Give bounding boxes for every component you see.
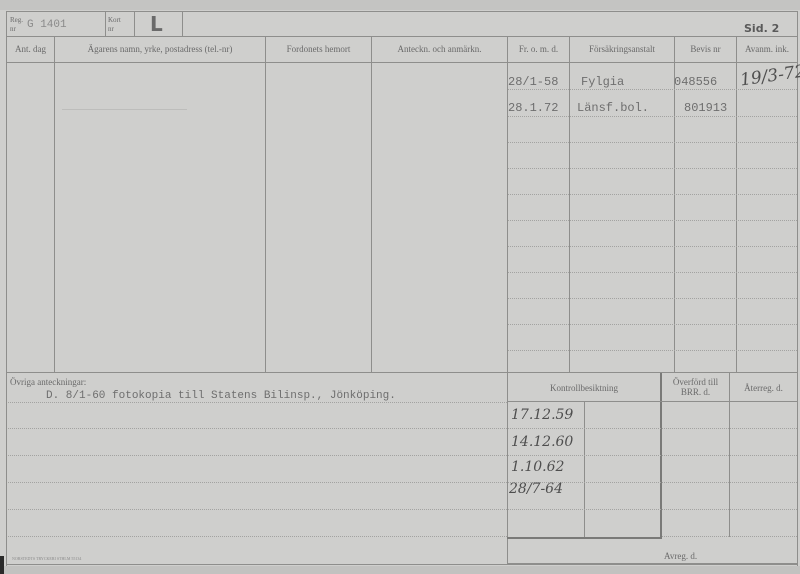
frame-bottom [6, 564, 798, 565]
kort-label-bottom: nr [108, 26, 114, 33]
row-line [508, 324, 797, 325]
row-line [508, 168, 797, 169]
notes-line [8, 428, 507, 429]
avreg-label: Avreg. d. [664, 551, 697, 561]
row-line [508, 220, 797, 221]
row-1-fr-o-m-d: 28/1-58 [508, 75, 558, 89]
overford-label-1: Överförd till [662, 377, 729, 387]
row-2-fr-o-m-d: 28.1.72 [508, 101, 558, 115]
row-1-avanm-ink: 19/3-72 [739, 62, 800, 91]
inspection-date-3: 1.10.62 [511, 459, 564, 475]
header-divider [182, 11, 183, 36]
col-header-avanm-ink: Avanm. ink. [737, 44, 797, 54]
inspection-header-line [508, 401, 798, 402]
column-line [569, 36, 570, 372]
transfer-divider [729, 373, 730, 537]
reg-label-bottom: nr [10, 26, 16, 33]
frame-left [6, 11, 7, 567]
row-1-forsakringsanstalt: Fylgia [581, 75, 624, 89]
row-1-bevis-nr: 048556 [674, 75, 717, 89]
card-top-edge [0, 0, 800, 10]
row-2-bevis-nr: 801913 [684, 101, 727, 115]
row-line [508, 246, 797, 247]
notes-line [8, 402, 507, 403]
frame-right [797, 11, 798, 567]
inspection-label: Kontrollbesiktning [508, 383, 660, 393]
row-line [508, 298, 797, 299]
notes-label: Övriga anteckningar: [10, 377, 86, 387]
inspection-row-line [508, 455, 797, 456]
column-header-bottom-line [6, 62, 798, 63]
row-line [508, 272, 797, 273]
notes-line [8, 455, 507, 456]
faint-mark [62, 109, 187, 110]
inspection-box-bottom [507, 537, 662, 539]
printer-imprint: NORSTEDTS TRYCKERI STHLM 55134 [12, 556, 81, 561]
scan-shadow-corner [0, 556, 4, 574]
column-line [265, 36, 266, 372]
inspection-date-4: 28/7-64 [509, 481, 563, 497]
col-header-fr-o-m-d: Fr. o. m. d. [508, 44, 569, 54]
page-label: Sid. 2 [744, 22, 779, 35]
column-line [54, 36, 55, 372]
col-header-agare: Ägarens namn, yrke, postadress (tel.-nr) [55, 44, 265, 54]
notes-line [8, 536, 507, 537]
column-line [736, 36, 737, 372]
transfer-bottom-line [662, 536, 797, 537]
row-2-forsakringsanstalt: Länsf.bol. [577, 101, 649, 115]
inspection-row-line [508, 509, 797, 510]
row-line [508, 194, 797, 195]
overford-label-2: BRR. d. [662, 387, 729, 397]
vehicle-register-card: Reg. nr G 1401 Kort nr L Sid. 2 Ant. dag… [0, 0, 800, 574]
notes-line [8, 509, 507, 510]
reg-label-top: Reg. [10, 17, 23, 24]
row-line [508, 116, 797, 117]
row-line [508, 350, 797, 351]
row-line [508, 89, 797, 90]
frame-top [6, 11, 798, 12]
kort-value: L [150, 12, 163, 36]
inspection-date-2: 14.12.60 [511, 434, 573, 450]
inspection-divider [584, 402, 585, 537]
kort-label-top: Kort [108, 17, 121, 24]
col-header-anteckn: Anteckn. och anmärkn. [372, 44, 507, 54]
avreg-box-left [507, 539, 508, 564]
card-bottom-edge [0, 566, 800, 574]
header-bottom-line [6, 36, 798, 37]
atterreg-label: Återreg. d. [730, 383, 797, 393]
header-divider [105, 11, 106, 36]
notes-line [8, 482, 507, 483]
inspection-row-line [508, 428, 797, 429]
inspection-date-1: 17.12.59 [511, 407, 573, 423]
lower-section-top-line [6, 372, 798, 373]
column-line [371, 36, 372, 372]
col-header-ant-dag: Ant. dag [7, 44, 54, 54]
col-header-hemort: Fordonets hemort [266, 44, 371, 54]
row-line [508, 142, 797, 143]
col-header-bevis-nr: Bevis nr [675, 44, 736, 54]
reg-number: G 1401 [27, 19, 67, 31]
col-header-forsakringsanstalt: Försäkringsanstalt [570, 44, 674, 54]
notes-line-1: D. 8/1-60 fotokopia till Statens Bilinsp… [46, 390, 396, 402]
header-divider [134, 11, 135, 36]
